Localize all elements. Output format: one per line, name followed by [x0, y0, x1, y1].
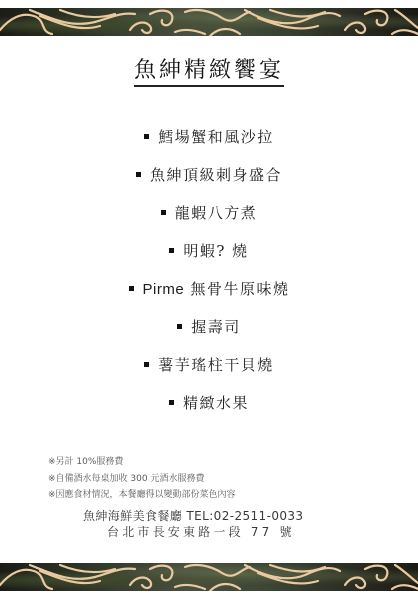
course-label: 無骨牛原味燒: [184, 280, 289, 298]
course-label: 握壽司: [191, 318, 241, 336]
course-item: 魚紳頂級刺身盛合: [0, 162, 418, 200]
square-bullet-icon: [169, 400, 174, 405]
course-item: 明蝦? 燒: [0, 238, 418, 276]
course-item: 精緻水果: [0, 390, 418, 428]
footnote-corkage-fee: ※自備酒水每桌加收 300 元酒水服務費: [48, 472, 236, 489]
bottom-decorative-band: [0, 563, 418, 591]
restaurant-name-phone: 魚紳海鮮美食餐廳 TEL:02-2511-0033: [83, 507, 303, 524]
course-item: 鱈場蟹和風沙拉: [0, 124, 418, 162]
course-label: 龍蝦八方煮: [175, 204, 258, 222]
top-decorative-band: [0, 8, 418, 36]
footnote-menu-change: ※因應食材情況，本餐廳得以變動部份菜色內容: [48, 488, 236, 505]
footnote-service-charge: ※另計 10%服務費: [48, 455, 236, 472]
course-item: 薯芋瑤柱干貝燒: [0, 352, 418, 390]
course-label: 薯芋瑤柱干貝燒: [158, 356, 274, 374]
square-bullet-icon: [161, 210, 166, 215]
square-bullet-icon: [169, 248, 174, 253]
course-list: 鱈場蟹和風沙拉 魚紳頂級刺身盛合 龍蝦八方煮 明蝦? 燒 Pirme 無骨牛原味…: [0, 124, 418, 428]
course-item: 握壽司: [0, 314, 418, 352]
course-label-latin: Pirme: [143, 281, 185, 298]
square-bullet-icon: [136, 172, 141, 177]
footnotes: ※另計 10%服務費 ※自備酒水每桌加收 300 元酒水服務費 ※因應食材情況，…: [48, 455, 236, 505]
square-bullet-icon: [144, 362, 149, 367]
course-label: 鱈場蟹和風沙拉: [158, 128, 274, 146]
cloud-wave-pattern-icon: [0, 563, 418, 591]
menu-title: 魚紳精緻饗宴: [0, 58, 418, 87]
course-item: Pirme 無骨牛原味燒: [0, 276, 418, 314]
course-item: 龍蝦八方煮: [0, 200, 418, 238]
course-label: 精緻水果: [183, 394, 249, 412]
square-bullet-icon: [177, 324, 182, 329]
cloud-wave-pattern-icon: [0, 8, 418, 36]
square-bullet-icon: [129, 286, 134, 291]
course-label: 明蝦? 燒: [183, 242, 248, 260]
restaurant-address: 台北市長安東路一段 77 號: [107, 523, 295, 540]
menu-title-text: 魚紳精緻饗宴: [134, 58, 284, 87]
course-label: 魚紳頂級刺身盛合: [150, 166, 282, 184]
square-bullet-icon: [144, 134, 149, 139]
